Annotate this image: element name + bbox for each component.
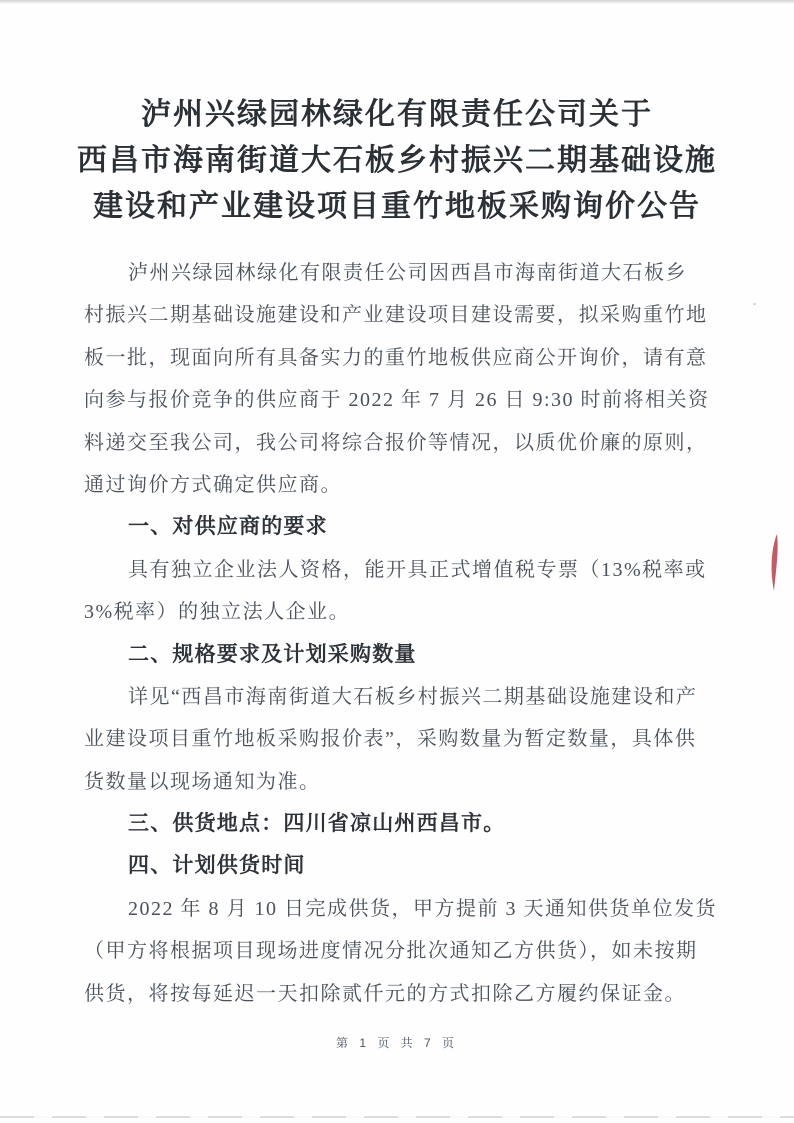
intro-paragraph-line: 村振兴二期基础设施建设和产业建设项目建设需要，拟采购重竹地 <box>84 294 724 336</box>
scan-edge-artifact-bottom <box>0 1116 794 1118</box>
intro-paragraph-line: 料递交至我公司，我公司将综合报价等情况，以质优价廉的原则， <box>84 422 724 464</box>
section-2-paragraph-line: 业建设项目重竹地板采购报价表”，采购数量为暂定数量，具体供 <box>84 718 724 760</box>
section-1-paragraph-line: 3%税率）的独立法人企业。 <box>84 591 724 633</box>
document-body: 泸州兴绿园林绿化有限责任公司因西昌市海南街道大石板乡 村振兴二期基础设施建设和产… <box>84 252 724 1015</box>
section-4-paragraph-line: 供货，将按每延迟一天扣除贰仟元的方式扣除乙方履约保证金。 <box>84 973 724 1015</box>
scan-edge-artifact-top <box>0 0 794 4</box>
intro-paragraph-line: 板一批，现面向所有具备实力的重竹地板供应商公开询价，请有意 <box>84 337 724 379</box>
section-3-heading: 三、供货地点：四川省凉山州西昌市。 <box>84 803 724 845</box>
document-title: 泸州兴绿园林绿化有限责任公司关于 西昌市海南街道大石板乡村振兴二期基础设施 建设… <box>0 92 794 230</box>
intro-paragraph-line: 向参与报价竞争的供应商于 2022 年 7 月 26 日 9:30 时前将相关资 <box>84 379 724 421</box>
scanned-document-page: 泸州兴绿园林绿化有限责任公司关于 西昌市海南街道大石板乡村振兴二期基础设施 建设… <box>0 0 794 1123</box>
scan-speck <box>753 303 756 305</box>
section-4-heading: 四、计划供货时间 <box>84 845 724 887</box>
section-1-paragraph-line: 具有独立企业法人资格，能开具正式增值税专票（13%税率或 <box>84 549 724 591</box>
section-2-paragraph-line: 详见“西昌市海南街道大石板乡村振兴二期基础设施建设和产 <box>84 676 724 718</box>
section-2-paragraph-line: 货数量以现场通知为准。 <box>84 761 724 803</box>
document-title-line-2: 西昌市海南街道大石板乡村振兴二期基础设施 <box>0 138 794 184</box>
intro-paragraph-line: 泸州兴绿园林绿化有限责任公司因西昌市海南街道大石板乡 <box>84 252 724 294</box>
red-ink-mark-shape <box>772 534 778 591</box>
section-4-paragraph-line: （甲方将根据项目现场进度情况分批次通知乙方供货），如未按期 <box>84 930 724 972</box>
section-1-heading: 一、对供应商的要求 <box>84 506 724 548</box>
document-title-line-1: 泸州兴绿园林绿化有限责任公司关于 <box>0 92 794 138</box>
document-title-line-3: 建设和产业建设项目重竹地板采购询价公告 <box>0 184 794 230</box>
section-4-paragraph-line: 2022 年 8 月 10 日完成供货，甲方提前 3 天通知供货单位发货 <box>84 888 724 930</box>
section-2-heading: 二、规格要求及计划采购数量 <box>84 634 724 676</box>
page-number: 第 1 页 共 7 页 <box>0 1034 794 1051</box>
red-ink-edge-mark <box>766 533 780 593</box>
intro-paragraph-line: 通过询价方式确定供应商。 <box>84 464 724 506</box>
